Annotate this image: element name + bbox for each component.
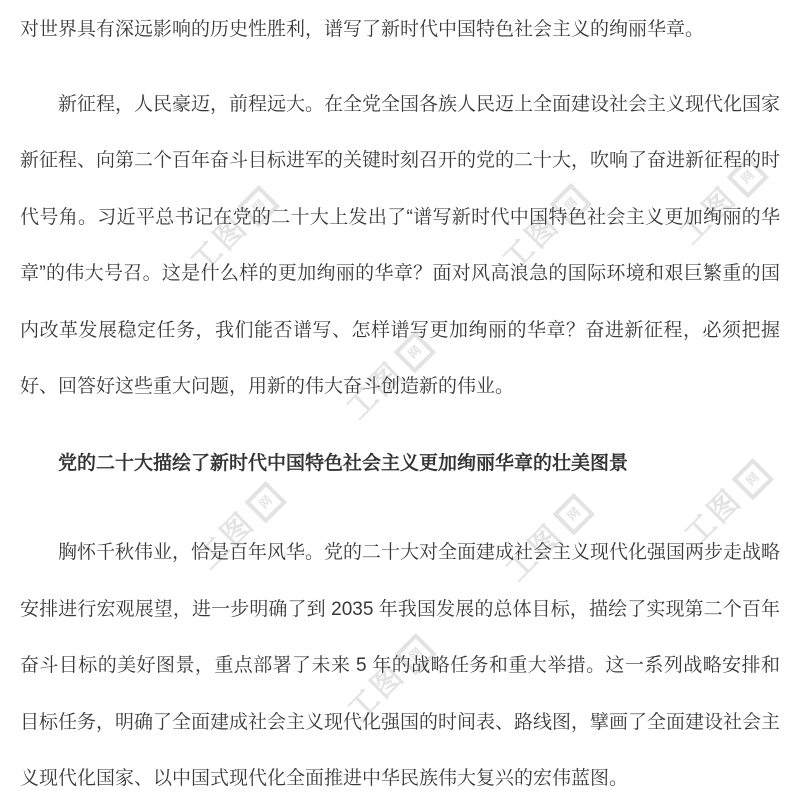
paragraph-body: 新征程，人民豪迈，前程远大。在全党全国各族人民迈上全面建设社会主义现代化国家新征… <box>20 77 780 416</box>
document-page: 工图网工图网工图网工图网工图网工图网工图网工图网 对世界具有深远影响的历史性胜利… <box>0 0 800 800</box>
section-heading: 党的二十大描绘了新时代中国特色社会主义更加绚丽华章的壮美图景 <box>20 436 780 493</box>
paragraph-body: 胸怀千秋伟业，恰是百年风华。党的二十大对全面建成社会主义现代化强国两步走战略安排… <box>20 525 780 800</box>
paragraph-continuation: 对世界具有深远影响的历史性胜利，谱写了新时代中国特色社会主义的绚丽华章。 <box>20 2 780 59</box>
document-content: 对世界具有深远影响的历史性胜利，谱写了新时代中国特色社会主义的绚丽华章。 新征程… <box>0 0 800 800</box>
